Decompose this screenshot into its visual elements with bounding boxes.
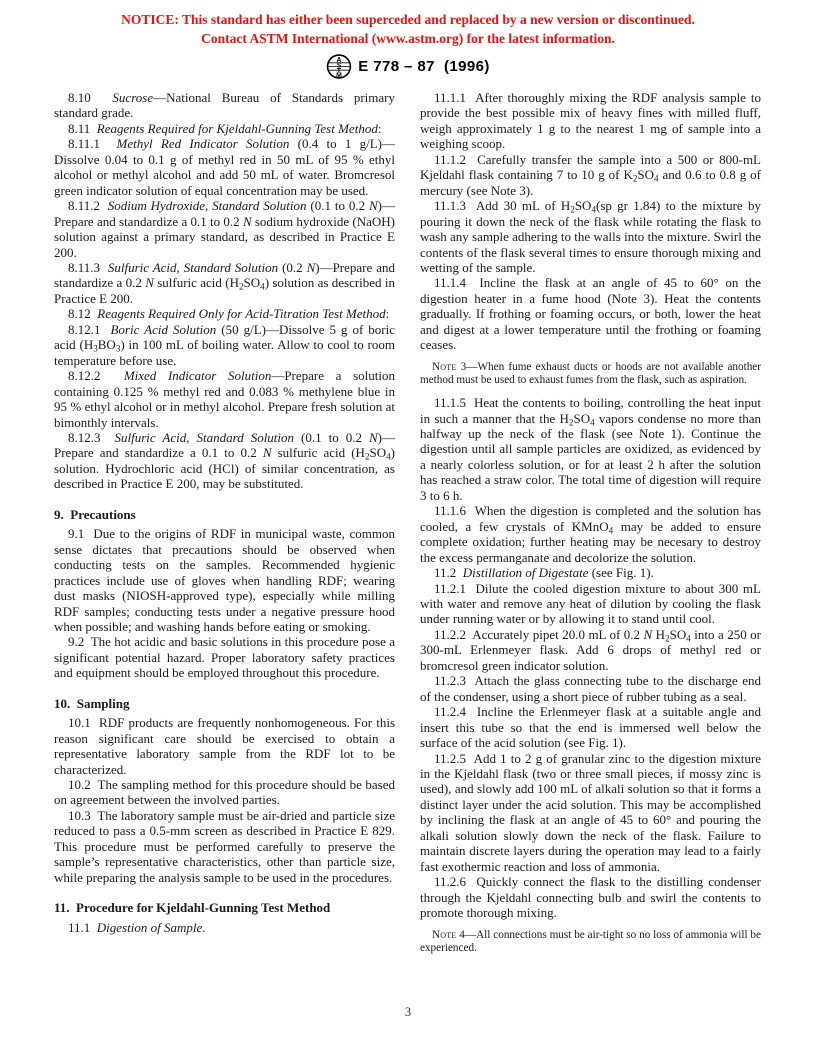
paragraph: 9.1 Due to the origins of RDF in municip… bbox=[54, 526, 395, 634]
paragraph: 10.3 The laboratory sample must be air-d… bbox=[54, 808, 395, 885]
paragraph: 8.11.3 Sulfuric Acid, Standard Solution … bbox=[54, 260, 395, 306]
paragraph: 11.2.5 Add 1 to 2 g of granular zinc to … bbox=[420, 751, 761, 875]
paragraph: 11.2.1 Dilute the cooled digestion mixtu… bbox=[420, 581, 761, 627]
paragraph: 11.1.4 Incline the flask at an angle of … bbox=[420, 275, 761, 352]
paragraph: 11.2.3 Attach the glass connecting tube … bbox=[420, 673, 761, 704]
paragraph: 8.12.2 Mixed Indicator Solution—Prepare … bbox=[54, 368, 395, 430]
note-paragraph: Note 4—All connections must be air-tight… bbox=[420, 929, 761, 955]
paragraph: 8.12.3 Sulfuric Acid, Standard Solution … bbox=[54, 430, 395, 492]
paragraph: 8.11.2 Sodium Hydroxide, Standard Soluti… bbox=[54, 198, 395, 260]
paragraph: 11.2 Distillation of Digestate (see Fig.… bbox=[420, 565, 761, 580]
paragraph: 8.12.1 Boric Acid Solution (50 g/L)—Diss… bbox=[54, 322, 395, 368]
paragraph: 11.1.5 Heat the contents to boiling, con… bbox=[420, 395, 761, 503]
paragraph: 8.12 Reagents Required Only for Acid-Tit… bbox=[54, 306, 395, 321]
paragraph: 8.11 Reagents Required for Kjeldahl-Gunn… bbox=[54, 121, 395, 136]
notice-line-2: Contact ASTM International (www.astm.org… bbox=[0, 29, 816, 48]
paragraph: 11.1 Digestion of Sample. bbox=[54, 920, 395, 935]
paragraph: 9.2 The hot acidic and basic solutions i… bbox=[54, 634, 395, 680]
note-paragraph: Note 3—When fume exhaust ducts or hoods … bbox=[420, 361, 761, 387]
paragraph: 10.1 RDF products are frequently nonhomo… bbox=[54, 715, 395, 777]
svg-text:M: M bbox=[336, 73, 342, 80]
astm-logo-icon: A S T M bbox=[326, 53, 352, 80]
document-header: A S T M E 778 – 87 (1996) bbox=[0, 53, 816, 80]
paragraph: 11.2.2 Accurately pipet 20.0 mL of 0.2 N… bbox=[420, 627, 761, 673]
paragraph: 10.2 The sampling method for this proced… bbox=[54, 777, 395, 808]
paragraph: 11.1.6 When the digestion is completed a… bbox=[420, 503, 761, 565]
document-page: NOTICE: This standard has either been su… bbox=[0, 0, 816, 1056]
notice-banner: NOTICE: This standard has either been su… bbox=[0, 0, 816, 48]
body-columns: 8.10 Sucrose—National Bureau of Standard… bbox=[0, 90, 816, 963]
page-number: 3 bbox=[0, 1005, 816, 1020]
paragraph: 11.2.6 Quickly connect the flask to the … bbox=[420, 874, 761, 920]
paragraph: 11.1.2 Carefully transfer the sample int… bbox=[420, 152, 761, 198]
paragraph: 11.2.4 Incline the Erlenmeyer flask at a… bbox=[420, 704, 761, 750]
paragraph: 8.11.1 Methyl Red Indicator Solution (0.… bbox=[54, 136, 395, 198]
paragraph: 11.1.1 After thoroughly mixing the RDF a… bbox=[420, 90, 761, 152]
section-heading: 9. Precautions bbox=[54, 507, 395, 522]
left-column: 8.10 Sucrose—National Bureau of Standard… bbox=[54, 90, 395, 963]
standard-designation: E 778 – 87 (1996) bbox=[358, 58, 489, 75]
right-column: 11.1.1 After thoroughly mixing the RDF a… bbox=[420, 90, 761, 963]
section-heading: 10. Sampling bbox=[54, 696, 395, 711]
section-heading: 11. Procedure for Kjeldahl-Gunning Test … bbox=[54, 900, 395, 915]
paragraph: 8.10 Sucrose—National Bureau of Standard… bbox=[54, 90, 395, 121]
paragraph: 11.1.3 Add 30 mL of H2SO4(sp gr 1.84) to… bbox=[420, 198, 761, 275]
notice-line-1: NOTICE: This standard has either been su… bbox=[0, 10, 816, 29]
